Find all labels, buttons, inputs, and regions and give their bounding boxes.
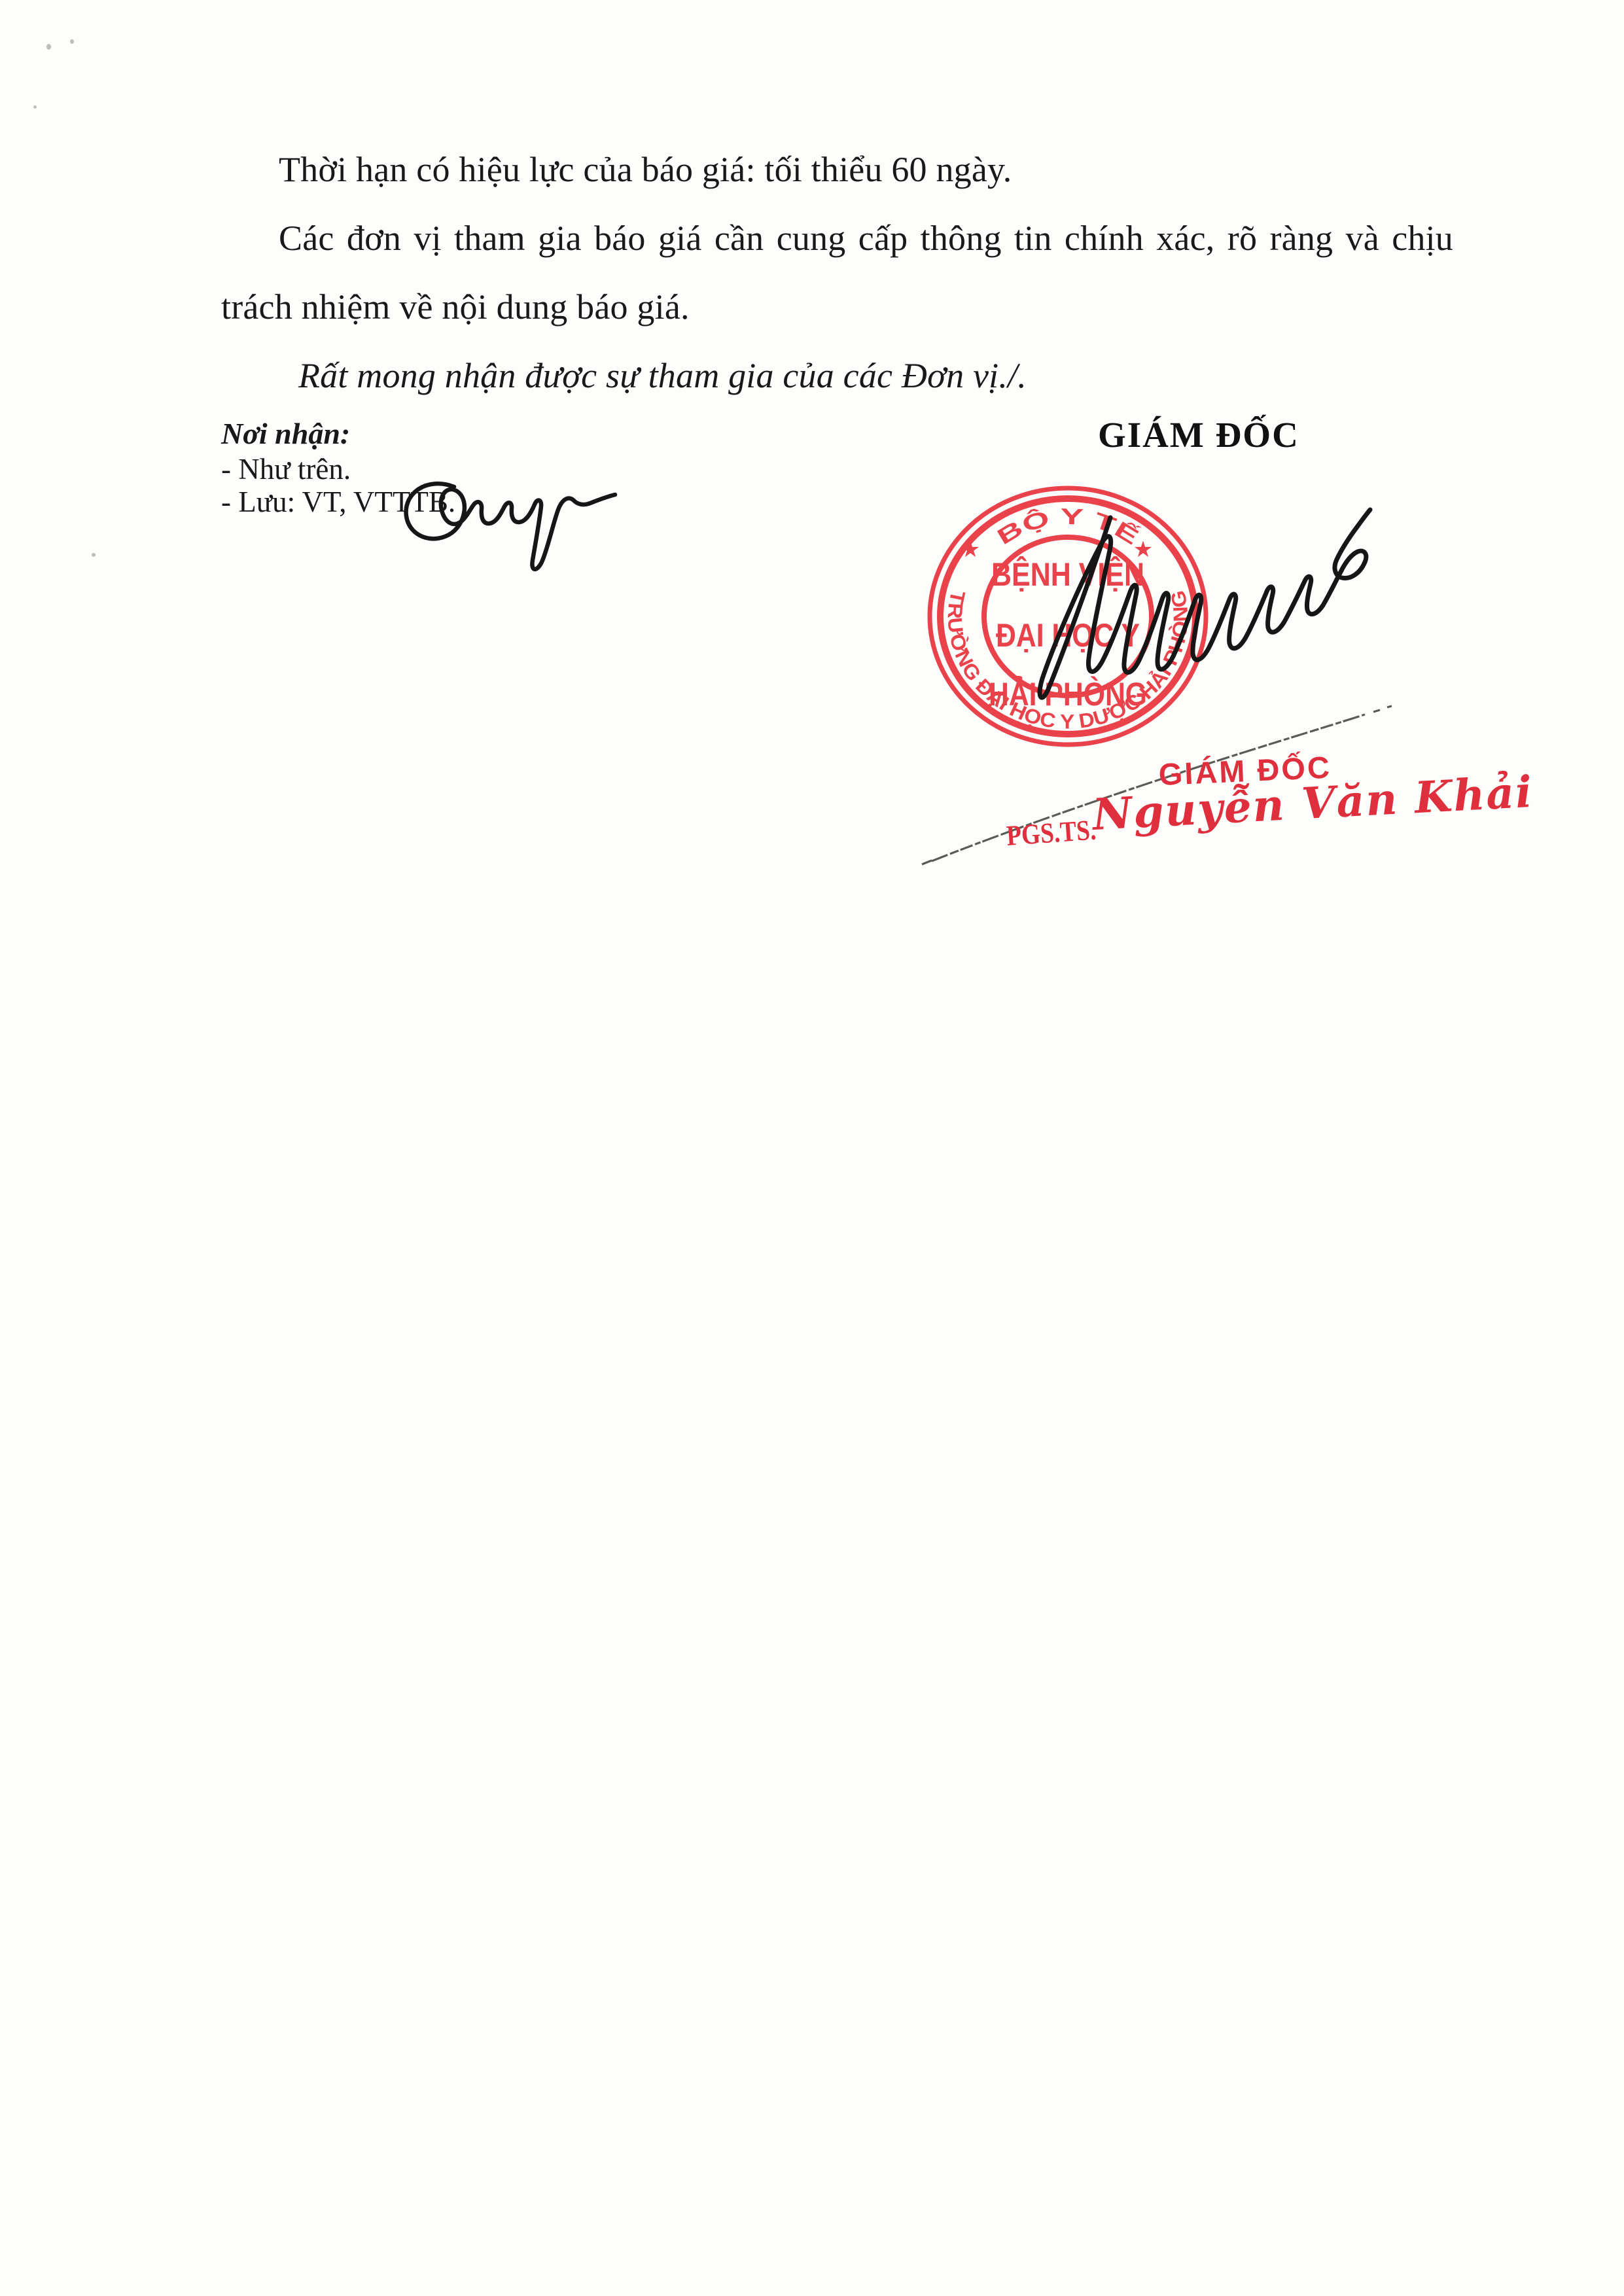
signer-degree-prefix: PGS.TS. (1005, 813, 1097, 853)
paragraph-validity: Thời hạn có hiệu lực của báo giá: tối th… (279, 150, 1012, 189)
scan-speck (33, 105, 37, 109)
stamp-star-left-icon: ★ (961, 538, 980, 562)
scan-speck (70, 39, 74, 44)
recipient-item: - Như trên. (221, 452, 351, 486)
official-round-stamp: BỘ Y TẾ TRƯỜNG ĐẠI HỌC Y DƯỢC HẢI PHÒNG … (925, 478, 1210, 755)
stamp-center-line-3: HẢI PHÒNG (989, 676, 1147, 713)
signer-name: Nguyễn Văn Khải (1091, 766, 1534, 840)
handwriting-overlay (0, 0, 1624, 2296)
scan-speck (46, 44, 51, 50)
stamp-center-line-2: ĐẠI HỌC Y (996, 617, 1140, 654)
paragraph-responsibility-line2: trách nhiệm về nội dung báo giá. (221, 288, 690, 327)
recipients-heading: Nơi nhận: (221, 416, 350, 451)
paragraph-closing: Rất mong nhận được sự tham gia của các Đ… (298, 357, 1027, 395)
signatory-title: GIÁM ĐỐC (1098, 414, 1299, 455)
stamp-center-line-1: BỆNH VIỆN (991, 556, 1144, 593)
paragraph-responsibility-line1: Các đơn vị tham gia báo giá cần cung cấp… (279, 219, 1453, 258)
recipient-item: - Lưu: VT, VTTTB. (221, 485, 455, 519)
scanned-document-page: Thời hạn có hiệu lực của báo giá: tối th… (0, 0, 1624, 2296)
scan-speck (92, 553, 96, 557)
